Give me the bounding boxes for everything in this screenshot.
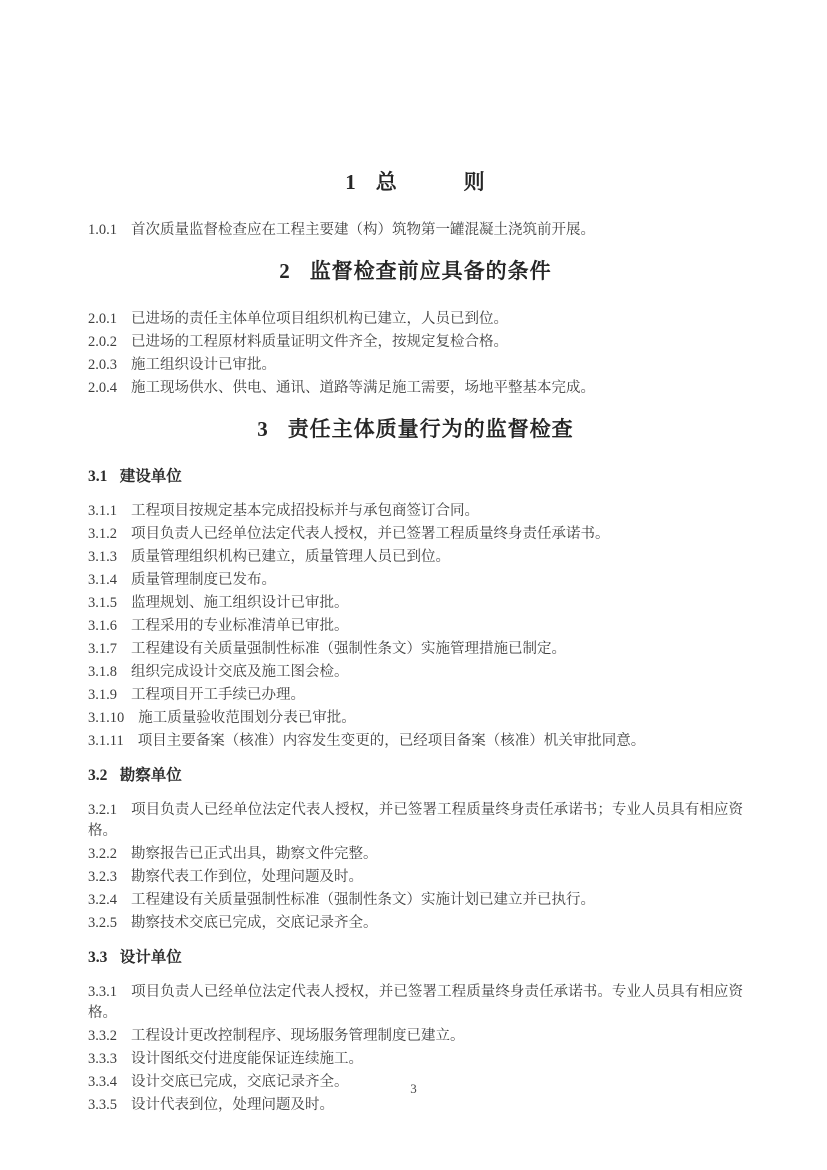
clause-number: 3.1.2 [88, 526, 117, 542]
clause: 3.1.6工程采用的专业标准清单已审批。 [88, 616, 743, 637]
subsection-heading: 3.3设计单位 [88, 948, 743, 968]
subsection-title: 勘察单位 [120, 767, 182, 784]
clause-text: 工程项目开工手续已办理。 [131, 687, 305, 703]
clause-text: 项目负责人已经单位法定代表人授权，并已签署工程质量终身责任承诺书；专业人员具有相… [88, 802, 743, 839]
clause-text: 质量管理组织机构已建立，质量管理人员已到位。 [131, 549, 450, 565]
clause-number: 3.2.4 [88, 892, 117, 908]
clause: 3.1.2项目负责人已经单位法定代表人授权，并已签署工程质量终身责任承诺书。 [88, 524, 743, 545]
clause: 3.3.1项目负责人已经单位法定代表人授权，并已签署工程质量终身责任承诺书。专业… [88, 982, 743, 1024]
clause-number: 2.0.4 [88, 380, 117, 396]
chapter-heading: 3责任主体质量行为的监督检查 [88, 415, 743, 443]
clause: 3.1.7工程建设有关质量强制性标准（强制性条文）实施管理措施已制定。 [88, 639, 743, 660]
clause: 2.0.4施工现场供水、供电、通讯、道路等满足施工需要，场地平整基本完成。 [88, 378, 743, 399]
clause: 3.1.4质量管理制度已发布。 [88, 570, 743, 591]
chapter-title: 总 则 [376, 170, 486, 194]
clause: 3.1.1工程项目按规定基本完成招投标并与承包商签订合同。 [88, 501, 743, 522]
clause-number: 3.1.8 [88, 664, 117, 680]
clause-number: 3.2.2 [88, 846, 117, 862]
clause: 2.0.1已进场的责任主体单位项目组织机构已建立，人员已到位。 [88, 309, 743, 330]
clause-text: 工程设计更改控制程序、现场服务管理制度已建立。 [131, 1028, 465, 1044]
clause-text: 设计代表到位，处理问题及时。 [131, 1097, 334, 1113]
clause-number: 3.3.1 [88, 984, 117, 1000]
clause: 3.3.3设计图纸交付进度能保证连续施工。 [88, 1049, 743, 1070]
clause: 3.1.11项目主要备案（核准）内容发生变更的，已经项目备案（核准）机关审批同意… [88, 731, 743, 752]
clause-number: 2.0.2 [88, 334, 117, 350]
chapter-number: 1 [345, 170, 357, 194]
chapter-heading: 1总 则 [88, 168, 743, 196]
clause: 3.1.8组织完成设计交底及施工图会检。 [88, 662, 743, 683]
clause: 3.2.1项目负责人已经单位法定代表人授权，并已签署工程质量终身责任承诺书；专业… [88, 800, 743, 842]
subsection-number: 3.3 [88, 949, 107, 966]
chapter-number: 2 [279, 259, 291, 283]
clause-number: 3.2.1 [88, 802, 117, 818]
clause-text: 项目负责人已经单位法定代表人授权，并已签署工程质量终身责任承诺书。专业人员具有相… [88, 984, 743, 1021]
clause-text: 质量管理制度已发布。 [131, 572, 276, 588]
clause-text: 设计图纸交付进度能保证连续施工。 [131, 1051, 363, 1067]
clause-number: 3.1.11 [88, 733, 124, 749]
clause: 3.1.10施工质量验收范围划分表已审批。 [88, 708, 743, 729]
clause: 3.1.9工程项目开工手续已办理。 [88, 685, 743, 706]
page-footer: 3 [0, 1080, 827, 1098]
subsection-title: 设计单位 [120, 949, 182, 966]
clause: 3.3.2工程设计更改控制程序、现场服务管理制度已建立。 [88, 1026, 743, 1047]
clause-number: 3.1.3 [88, 549, 117, 565]
clause-text: 施工组织设计已审批。 [131, 357, 276, 373]
clause: 3.3.5设计代表到位，处理问题及时。 [88, 1095, 743, 1116]
clause-text: 勘察报告已正式出具，勘察文件完整。 [131, 846, 378, 862]
clause: 2.0.2已进场的工程原材料质量证明文件齐全，按规定复检合格。 [88, 332, 743, 353]
clause-number: 3.1.10 [88, 710, 124, 726]
clause-number: 3.1.6 [88, 618, 117, 634]
clause-text: 项目主要备案（核准）内容发生变更的，已经项目备案（核准）机关审批同意。 [138, 733, 646, 749]
subsection-heading: 3.1建设单位 [88, 467, 743, 487]
document-page: 1总 则1.0.1首次质量监督检查应在工程主要建（构）筑物第一罐混凝土浇筑前开展… [0, 0, 827, 1170]
clause-text: 首次质量监督检查应在工程主要建（构）筑物第一罐混凝土浇筑前开展。 [131, 222, 595, 238]
clause-number: 3.3.5 [88, 1097, 117, 1113]
subsection-title: 建设单位 [120, 468, 182, 485]
subsection-number: 3.1 [88, 468, 107, 485]
clause: 3.1.3质量管理组织机构已建立，质量管理人员已到位。 [88, 547, 743, 568]
chapter-heading: 2监督检查前应具备的条件 [88, 257, 743, 285]
clause: 3.2.4工程建设有关质量强制性标准（强制性条文）实施计划已建立并已执行。 [88, 890, 743, 911]
chapter-title: 责任主体质量行为的监督检查 [288, 417, 574, 441]
subsection-number: 3.2 [88, 767, 107, 784]
clause: 3.2.3勘察代表工作到位，处理问题及时。 [88, 867, 743, 888]
clause: 3.2.2勘察报告已正式出具，勘察文件完整。 [88, 844, 743, 865]
clause-number: 3.2.5 [88, 915, 117, 931]
clause-number: 3.2.3 [88, 869, 117, 885]
clause-number: 3.3.3 [88, 1051, 117, 1067]
clause-text: 工程项目按规定基本完成招投标并与承包商签订合同。 [131, 503, 479, 519]
clause-text: 工程采用的专业标准清单已审批。 [131, 618, 349, 634]
clause-text: 工程建设有关质量强制性标准（强制性条文）实施管理措施已制定。 [131, 641, 566, 657]
clause-text: 监理规划、施工组织设计已审批。 [131, 595, 349, 611]
clause-text: 工程建设有关质量强制性标准（强制性条文）实施计划已建立并已执行。 [131, 892, 595, 908]
clause-number: 3.1.5 [88, 595, 117, 611]
clause-text: 已进场的工程原材料质量证明文件齐全，按规定复检合格。 [131, 334, 508, 350]
clause: 3.1.5监理规划、施工组织设计已审批。 [88, 593, 743, 614]
clause-text: 组织完成设计交底及施工图会检。 [131, 664, 349, 680]
document-body: 1总 则1.0.1首次质量监督检查应在工程主要建（构）筑物第一罐混凝土浇筑前开展… [88, 168, 743, 1116]
clause-number: 3.3.2 [88, 1028, 117, 1044]
clause: 3.2.5勘察技术交底已完成，交底记录齐全。 [88, 913, 743, 934]
clause-number: 3.1.1 [88, 503, 117, 519]
clause-number: 2.0.1 [88, 311, 117, 327]
page-number: 3 [410, 1081, 417, 1096]
clause-text: 项目负责人已经单位法定代表人授权，并已签署工程质量终身责任承诺书。 [131, 526, 610, 542]
clause-number: 3.1.4 [88, 572, 117, 588]
clause-number: 1.0.1 [88, 222, 117, 238]
clause-text: 勘察技术交底已完成，交底记录齐全。 [131, 915, 378, 931]
subsection-heading: 3.2勘察单位 [88, 766, 743, 786]
clause-text: 勘察代表工作到位，处理问题及时。 [131, 869, 363, 885]
clause-number: 2.0.3 [88, 357, 117, 373]
chapter-title: 监督检查前应具备的条件 [310, 259, 552, 283]
clause: 1.0.1首次质量监督检查应在工程主要建（构）筑物第一罐混凝土浇筑前开展。 [88, 220, 743, 241]
clause-text: 施工质量验收范围划分表已审批。 [138, 710, 356, 726]
clause-text: 已进场的责任主体单位项目组织机构已建立，人员已到位。 [131, 311, 508, 327]
clause-number: 3.1.7 [88, 641, 117, 657]
clause: 2.0.3施工组织设计已审批。 [88, 355, 743, 376]
clause-text: 施工现场供水、供电、通讯、道路等满足施工需要，场地平整基本完成。 [131, 380, 595, 396]
chapter-number: 3 [257, 417, 269, 441]
clause-number: 3.1.9 [88, 687, 117, 703]
